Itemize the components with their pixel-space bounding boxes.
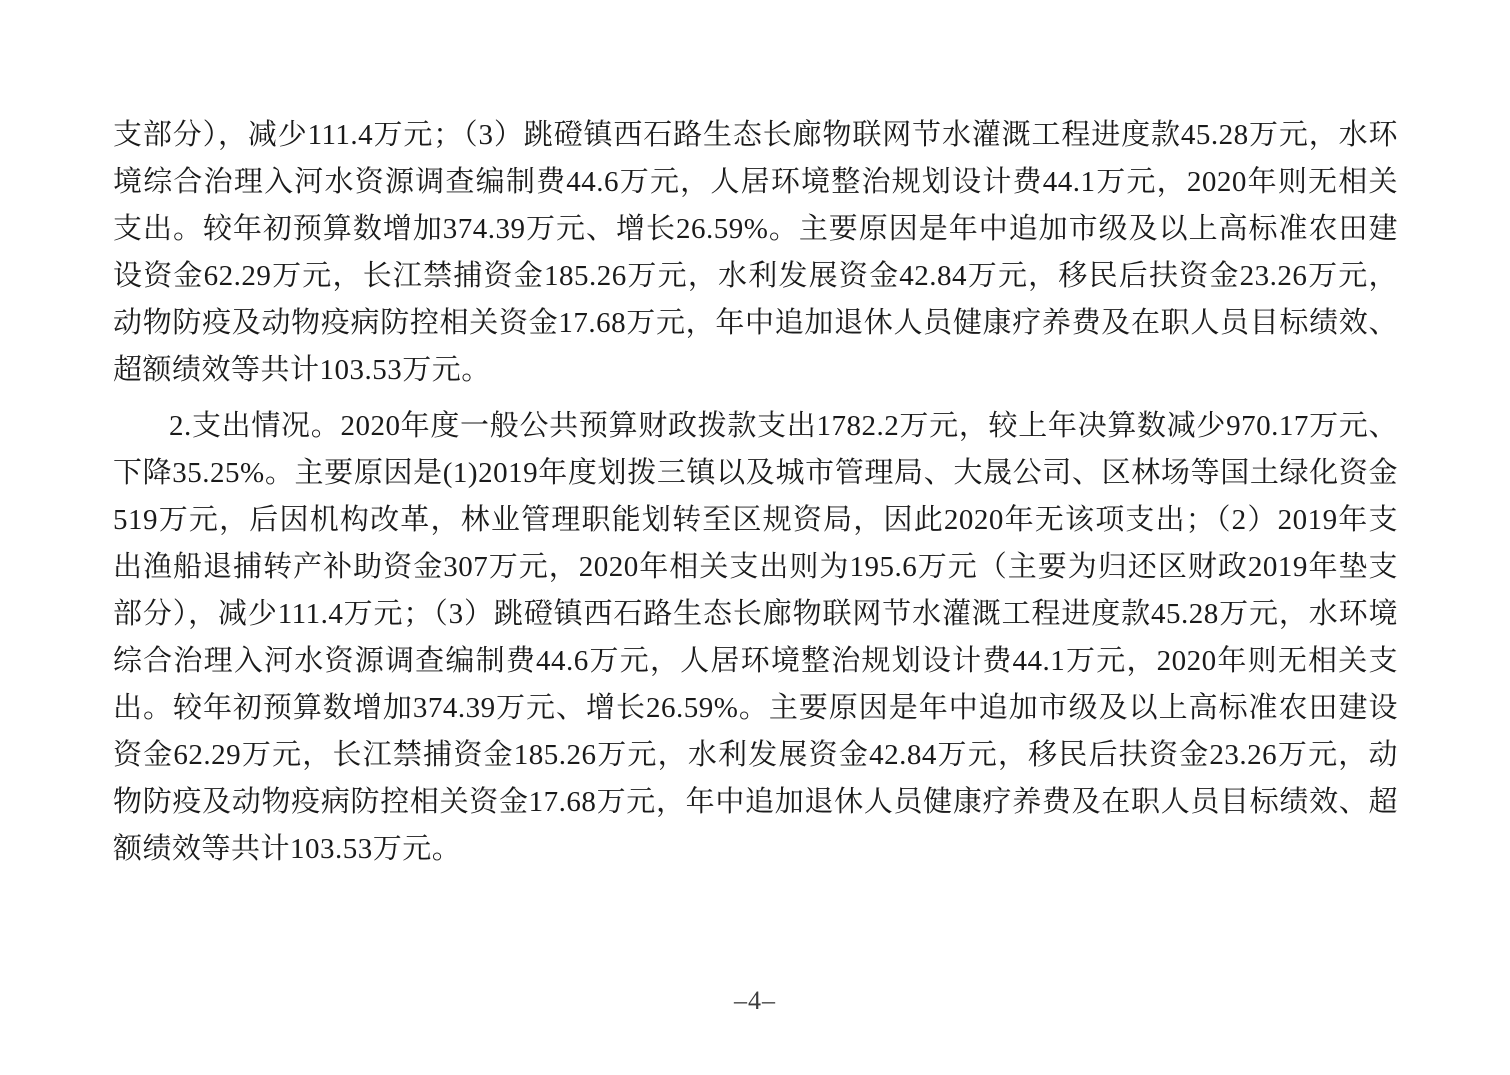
paragraph-expenditure-summary: 2.支出情况。2020年度一般公共预算财政拨款支出1782.2万元，较上年决算数… xyxy=(113,403,1398,873)
page-number: –4– xyxy=(0,986,1510,1016)
document-page: 支部分），减少111.4万元；（3）跳磴镇西石路生态长廊物联网节水灌溉工程进度款… xyxy=(0,0,1510,1075)
paragraph-continuation: 支部分），减少111.4万元；（3）跳磴镇西石路生态长廊物联网节水灌溉工程进度款… xyxy=(113,112,1398,394)
document-body: 支部分），减少111.4万元；（3）跳磴镇西石路生态长廊物联网节水灌溉工程进度款… xyxy=(113,112,1398,873)
